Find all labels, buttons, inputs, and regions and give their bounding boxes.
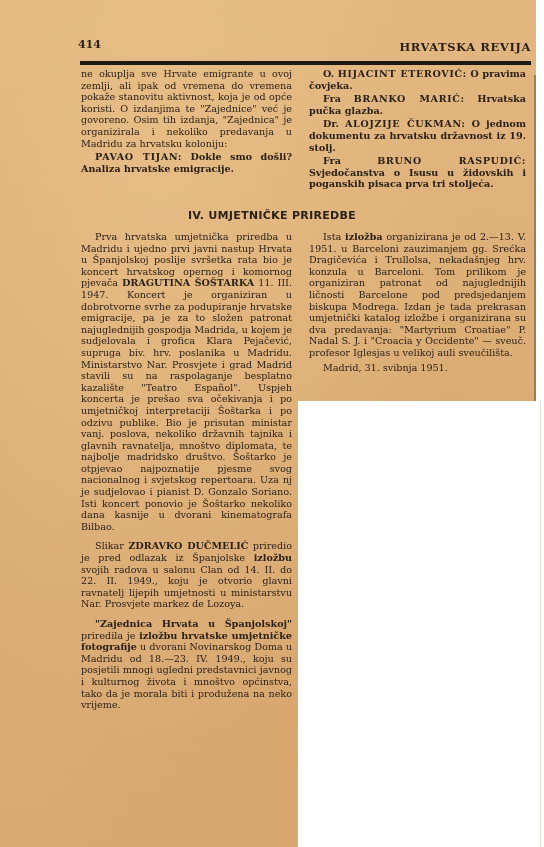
header-rule [80,61,531,65]
lecture-entry: O. HIJACINT ETEROVIĆ: O pravima čovjeka. [309,69,526,92]
lecture-author: PAVAO TIJAN: [95,152,182,163]
right-column-main: Ista izložba organizirana je od 2.—13. V… [309,232,526,374]
person-name: ZDRAVKO DUČMELIĆ [128,541,248,552]
left-column-main: Prva hrvatska umjetnička priredba u Madr… [81,232,292,712]
blank-masked-region [298,401,541,847]
dateline: Madrid, 31. svibnja 1951. [309,363,526,375]
lecture-author: HIJACINT ETEROVIĆ: [338,69,467,80]
paragraph-photo-exhibition: "Zajednica Hrvata u Španjolskoj" priredi… [81,619,292,712]
lecture-author: ALOJZIJE ČUKMAN: [345,119,466,130]
lecture-author: BRUNO RASPUDIĆ: [377,156,526,167]
person-name: DRAGUTINA ŠOŠTARKA [122,278,254,289]
lecture-author: BRANKO MARIĆ: [354,94,465,105]
lecture-title: Svjedočanstva o Isusu u židovskih i poga… [309,168,526,191]
lecture-entry: Dr. ALOJZIJE ČUKMAN: O jednom dokumentu … [309,119,526,154]
right-column-top: O. HIJACINT ETEROVIĆ: O pravima čovjeka.… [309,69,526,191]
paragraph-ducmelic-exhibition: Slikar ZDRAVKO DUČMELIĆ priredio je pred… [81,541,292,611]
lecture-entry: Fra BRUNO RASPUDIĆ: Svjedočanstva o Isus… [309,156,526,191]
paragraph-sostarko-concert: Prva hrvatska umjetnička priredba u Madr… [81,232,292,533]
scan-margin-top-right [536,0,544,75]
journal-title: HRVATSKA REVIJA [399,40,531,54]
lecture-entry: Fra BRANKO MARIĆ: Hrvatska pučka glazba. [309,94,526,117]
left-column-top: ne okuplja sve Hrvate emigrante u ovoj z… [81,69,292,175]
organization-name: "Zajednica Hrvata u Španjolskoj" [95,619,292,630]
paragraph-barcelona-exhibition: Ista izložba organizirana je od 2.—13. V… [309,232,526,360]
lecture-entry: PAVAO TIJAN: Dokle smo došli? Analiza hr… [81,152,292,175]
running-header: 414 HRVATSKA REVIJA [78,38,531,62]
intro-paragraph: ne okuplja sve Hrvate emigrante u ovoj z… [81,69,292,150]
section-heading: IV. UMJETNIČKE PRIREDBE [0,209,544,222]
page-number: 414 [78,38,101,51]
